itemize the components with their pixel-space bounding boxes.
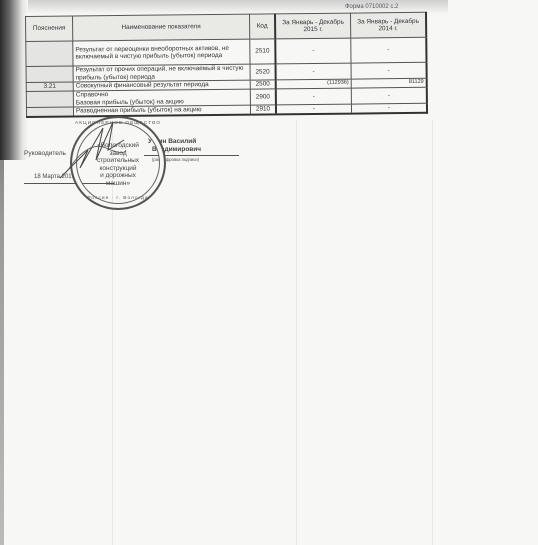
row-value-previous: -	[351, 62, 427, 79]
row-code: 2520	[250, 64, 276, 80]
row-name: Разводненная прибыль (убыток) на акцию	[73, 105, 250, 116]
row-note	[26, 66, 73, 82]
row-note	[26, 91, 73, 107]
row-code: 2500	[250, 80, 276, 89]
stamp-line: машин»	[88, 180, 148, 188]
faint-grid-line	[296, 120, 297, 545]
stamp-ring-bottom-text: Россия · г. Вологда	[72, 195, 164, 203]
row-value-current: -	[276, 104, 352, 114]
row-value-previous: -	[351, 87, 427, 104]
row-value-previous: -	[351, 37, 427, 63]
row-value-previous: -	[351, 103, 427, 113]
row-name: Результат от прочих операций, не включае…	[73, 64, 250, 82]
header-notes: Пояснения	[26, 16, 73, 41]
row-value-current: -	[276, 63, 352, 80]
row-name: Результат от переоценки внеоборотных акт…	[73, 39, 250, 66]
row-value-current: -	[275, 38, 351, 64]
header-period-current: За Январь - Декабрь 2015 г.	[275, 13, 351, 39]
form-code: Форма 0710002 с.2	[345, 4, 398, 10]
handwritten-signature-icon	[58, 120, 128, 180]
row-value-current: (112936)	[276, 79, 352, 89]
financial-results-table: Пояснения Наименование показателя Код За…	[25, 12, 428, 118]
row-code: 2900	[250, 89, 276, 105]
row-code: 2510	[250, 39, 276, 64]
faint-grid-line	[432, 120, 433, 545]
row-name: Справочно Базовая прибыль (убыток) на ак…	[73, 89, 250, 107]
row-note	[26, 107, 73, 117]
row-code: 2910	[250, 105, 276, 115]
row-note	[26, 41, 73, 66]
row-value-current: -	[276, 88, 352, 105]
header-period-previous: За Январь - Декабрь 2014 г.	[350, 12, 426, 38]
header-name: Наименование показателя	[73, 14, 250, 41]
header-code: Код	[249, 14, 275, 39]
row-value-previous: 81129	[351, 78, 427, 88]
